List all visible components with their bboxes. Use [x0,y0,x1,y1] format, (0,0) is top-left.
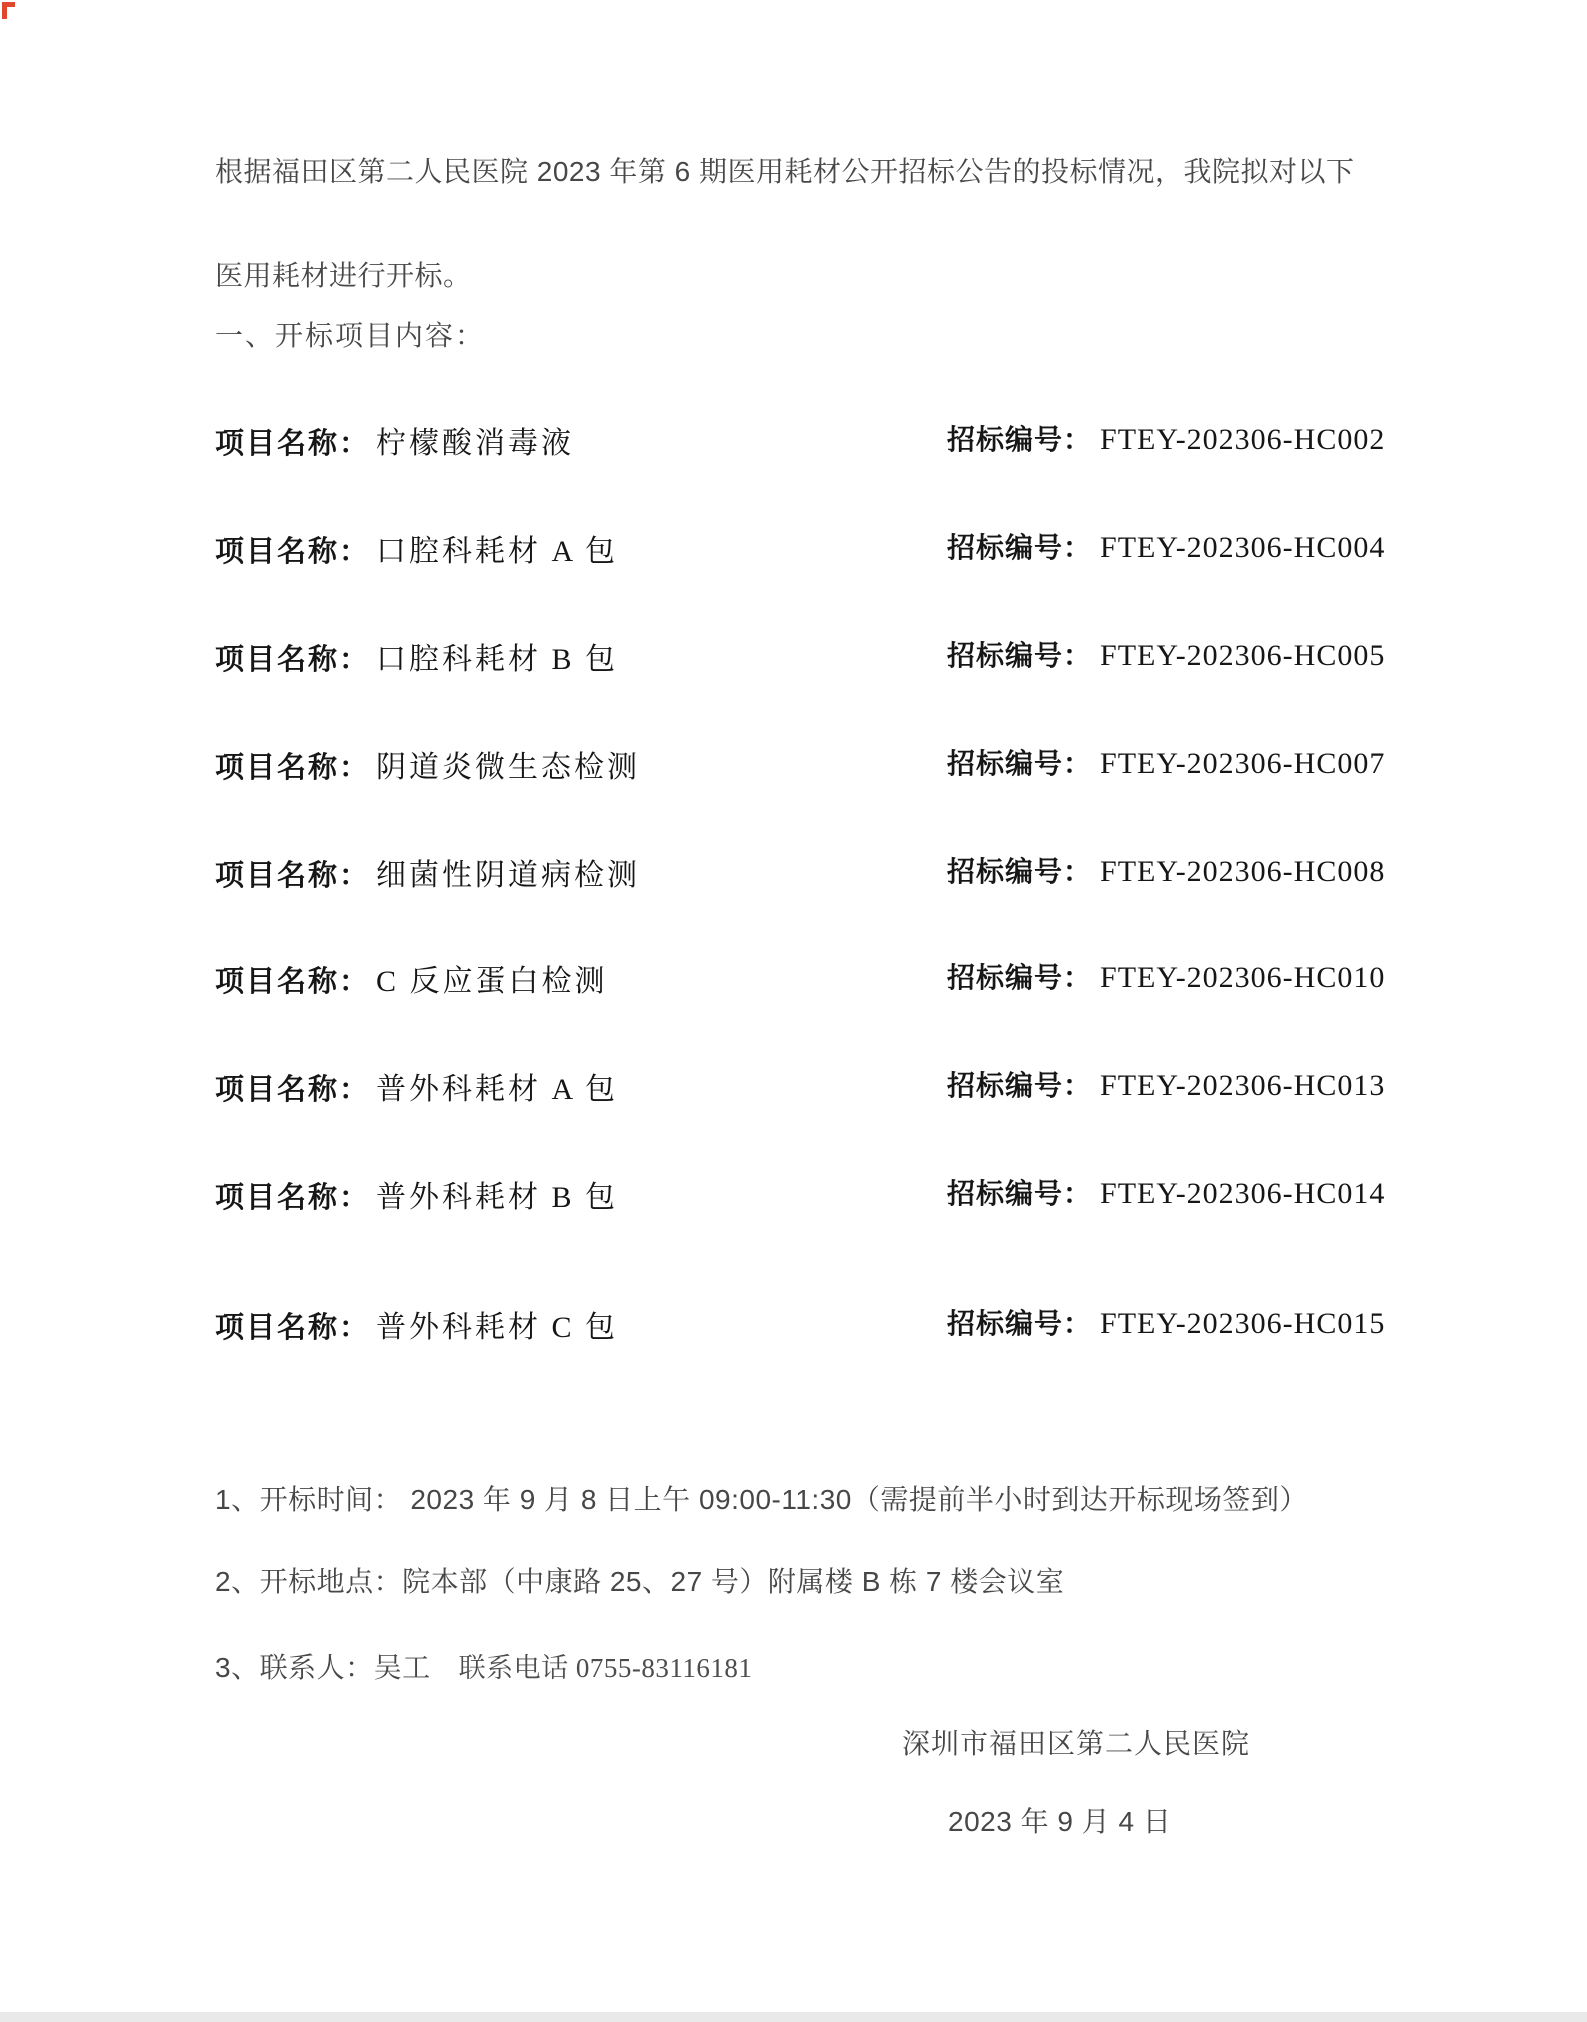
tender-code: FTEY-202306-HC002 [1100,423,1385,456]
contact-line: 3、联系人：吴工联系电话 0755-83116181 [215,1646,752,1686]
tender-code: FTEY-202306-HC007 [1100,747,1385,780]
project-name-cell: 项目名称：普外科耗材 B 包 [215,1172,618,1216]
intro-paragraph-line1: 根据福田区第二人民医院 2023 年第 6 期医用耗材公开招标公告的投标情况，我… [215,150,1354,190]
project-row: 项目名称：阴道炎微生态检测 招标编号：FTEY-202306-HC007 [0,742,1587,782]
project-row: 项目名称：口腔科耗材 A 包 招标编号：FTEY-202306-HC004 [0,526,1587,566]
tender-code-label: 招标编号： [947,963,1092,994]
signature-organization: 深圳市福田区第二人民医院 [902,1722,1250,1762]
project-name-label: 项目名称： [215,428,370,460]
tender-code: FTEY-202306-HC005 [1100,639,1385,672]
page-bottom-edge [0,2012,1587,2022]
section-heading: 一、开标项目内容： [215,314,485,354]
project-name-label: 项目名称： [215,536,370,568]
project-row: 项目名称：普外科耗材 C 包 招标编号：FTEY-202306-HC015 [0,1302,1587,1342]
opening-location-line: 2、开标地点：院本部（中康路 25、27 号）附属楼 B 栋 7 楼会议室 [215,1560,1064,1600]
project-name-cell: 项目名称：口腔科耗材 B 包 [215,634,618,678]
tender-code-cell: 招标编号：FTEY-202306-HC002 [947,418,1385,458]
project-name-cell: 项目名称：细菌性阴道病检测 [215,850,640,894]
project-name: 普外科耗材 A 包 [376,1073,618,1106]
project-name-cell: 项目名称：阴道炎微生态检测 [215,742,640,786]
contact-person: 3、联系人：吴工 [215,1652,431,1683]
tender-code: FTEY-202306-HC013 [1100,1069,1385,1102]
tender-code-cell: 招标编号：FTEY-202306-HC007 [947,742,1385,782]
tender-code: FTEY-202306-HC010 [1100,961,1385,994]
project-name-label: 项目名称： [215,1074,370,1106]
project-name-cell: 项目名称：普外科耗材 C 包 [215,1302,618,1346]
tender-code-label: 招标编号： [947,1071,1092,1102]
project-name: 细菌性阴道病检测 [376,859,640,892]
tender-code-cell: 招标编号：FTEY-202306-HC010 [947,956,1385,996]
project-name: 口腔科耗材 A 包 [376,535,618,568]
project-name: 阴道炎微生态检测 [376,751,640,784]
project-row: 项目名称：普外科耗材 B 包 招标编号：FTEY-202306-HC014 [0,1172,1587,1212]
tender-code: FTEY-202306-HC004 [1100,531,1385,564]
project-name-label: 项目名称： [215,966,370,998]
project-name: 口腔科耗材 B 包 [376,643,618,676]
tender-code-label: 招标编号： [947,749,1092,780]
project-row: 项目名称：柠檬酸消毒液 招标编号：FTEY-202306-HC002 [0,418,1587,458]
tender-code: FTEY-202306-HC014 [1100,1177,1385,1210]
intro-paragraph-line2: 医用耗材进行开标。 [215,254,472,294]
project-name-label: 项目名称： [215,860,370,892]
tender-code-label: 招标编号： [947,641,1092,672]
project-name-cell: 项目名称：口腔科耗材 A 包 [215,526,618,570]
contact-phone: 联系电话 0755-83116181 [459,1653,753,1683]
tender-code-cell: 招标编号：FTEY-202306-HC015 [947,1302,1385,1342]
tender-code-cell: 招标编号：FTEY-202306-HC014 [947,1172,1385,1212]
project-name: 普外科耗材 B 包 [376,1181,618,1214]
project-row: 项目名称：细菌性阴道病检测 招标编号：FTEY-202306-HC008 [0,850,1587,890]
project-name: 普外科耗材 C 包 [376,1311,618,1344]
tender-code-label: 招标编号： [947,1309,1092,1340]
tender-code-label: 招标编号： [947,857,1092,888]
tender-code-label: 招标编号： [947,425,1092,456]
tender-code-cell: 招标编号：FTEY-202306-HC004 [947,526,1385,566]
project-row: 项目名称：C 反应蛋白检测 招标编号：FTEY-202306-HC010 [0,956,1587,996]
project-row: 项目名称：普外科耗材 A 包 招标编号：FTEY-202306-HC013 [0,1064,1587,1104]
document-page: 根据福田区第二人民医院 2023 年第 6 期医用耗材公开招标公告的投标情况，我… [0,0,1587,2022]
project-name-label: 项目名称： [215,644,370,676]
tender-code-label: 招标编号： [947,533,1092,564]
project-name-label: 项目名称： [215,752,370,784]
project-row: 项目名称：口腔科耗材 B 包 招标编号：FTEY-202306-HC005 [0,634,1587,674]
project-name: C 反应蛋白检测 [376,965,608,998]
project-name-cell: 项目名称：C 反应蛋白检测 [215,956,608,1000]
tender-code: FTEY-202306-HC015 [1100,1307,1385,1340]
tender-code-cell: 招标编号：FTEY-202306-HC013 [947,1064,1385,1104]
project-name: 柠檬酸消毒液 [376,427,574,460]
tender-code-cell: 招标编号：FTEY-202306-HC008 [947,850,1385,890]
opening-time-line: 1、开标时间： 2023 年 9 月 8 日上午 09:00-11:30（需提前… [215,1478,1308,1518]
project-name-label: 项目名称： [215,1312,370,1344]
project-name-label: 项目名称： [215,1182,370,1214]
tender-code-label: 招标编号： [947,1179,1092,1210]
tender-code: FTEY-202306-HC008 [1100,855,1385,888]
red-corner-marker-icon [2,2,15,19]
project-name-cell: 项目名称：普外科耗材 A 包 [215,1064,618,1108]
signature-date: 2023 年 9 月 4 日 [948,1800,1171,1840]
tender-code-cell: 招标编号：FTEY-202306-HC005 [947,634,1385,674]
project-name-cell: 项目名称：柠檬酸消毒液 [215,418,574,462]
